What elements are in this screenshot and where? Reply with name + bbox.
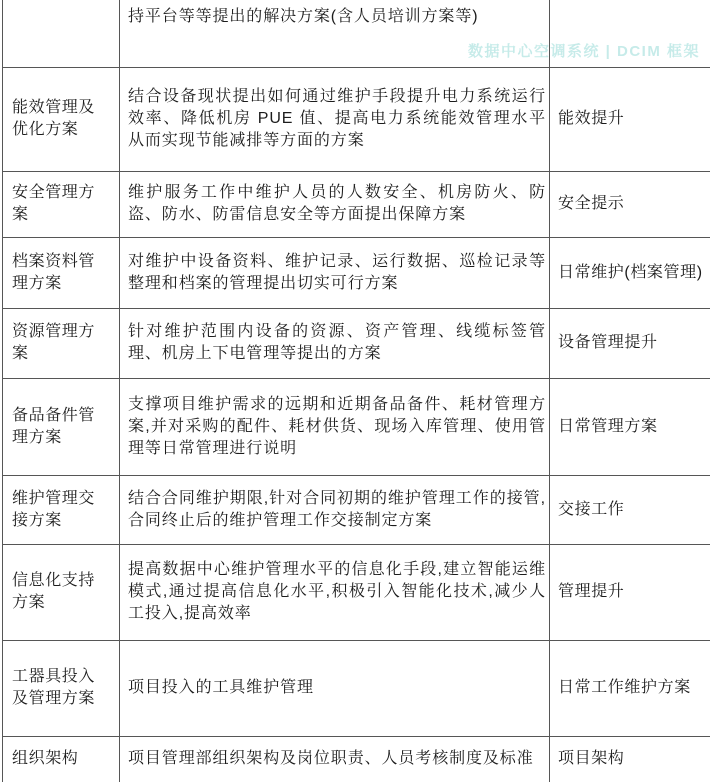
document-page: 数据中心空调系统 | DCIM 框架 持平台等等提出的解决方案(含人员培训方案等… [0, 0, 710, 782]
table-row: 能效管理及优化方案 结合设备现状提出如何通过维护手段提升电力系统运行效率、降低机… [3, 67, 710, 171]
table-row: 备品备件管理方案 支撑项目维护需求的远期和近期备品备件、耗材管理方案,并对采购的… [3, 378, 710, 475]
description-cell: 持平台等等提出的解决方案(含人员培训方案等) [120, 0, 550, 67]
category-cell: 资源管理方案 [3, 308, 120, 378]
table-row: 资源管理方案 针对维护范围内设备的资源、资产管理、线缆标签管理、机房上下电管理等… [3, 308, 710, 378]
description-cell: 维护服务工作中维护人员的人数安全、机房防火、防盗、防水、防雷信息安全等方面提出保… [120, 171, 550, 237]
tag-cell: 日常维护(档案管理) [550, 237, 710, 308]
category-cell: 能效管理及优化方案 [3, 67, 120, 171]
table-row: 档案资料管理方案 对维护中设备资料、维护记录、运行数据、巡检记录等整理和档案的管… [3, 237, 710, 308]
category-cell: 信息化支持方案 [3, 544, 120, 640]
category-cell: 档案资料管理方案 [3, 237, 120, 308]
description-cell: 针对维护范围内设备的资源、资产管理、线缆标签管理、机房上下电管理等提出的方案 [120, 308, 550, 378]
table-row: 安全管理方案 维护服务工作中维护人员的人数安全、机房防火、防盗、防水、防雷信息安… [3, 171, 710, 237]
description-cell: 项目投入的工具维护管理 [120, 640, 550, 736]
tag-cell: 能效提升 [550, 67, 710, 171]
tag-cell: 日常工作维护方案 [550, 640, 710, 736]
table-row: 组织架构 项目管理部组织架构及岗位职责、人员考核制度及标准 项目架构 [3, 736, 710, 782]
tag-cell: 设备管理提升 [550, 308, 710, 378]
description-cell: 对维护中设备资料、维护记录、运行数据、巡检记录等整理和档案的管理提出切实可行方案 [120, 237, 550, 308]
category-cell [3, 0, 120, 67]
tag-cell: 管理提升 [550, 544, 710, 640]
description-cell: 支撑项目维护需求的远期和近期备品备件、耗材管理方案,并对采购的配件、耗材供货、现… [120, 378, 550, 475]
maintenance-plan-table: 持平台等等提出的解决方案(含人员培训方案等) 能效管理及优化方案 结合设备现状提… [2, 0, 710, 782]
description-cell: 项目管理部组织架构及岗位职责、人员考核制度及标准 [120, 736, 550, 782]
table-row: 维护管理交接方案 结合合同维护期限,针对合同初期的维护管理工作的接管,合同终止后… [3, 475, 710, 544]
description-cell: 结合设备现状提出如何通过维护手段提升电力系统运行效率、降低机房 PUE 值、提高… [120, 67, 550, 171]
table-row: 信息化支持方案 提高数据中心维护管理水平的信息化手段,建立智能运维模式,通过提高… [3, 544, 710, 640]
category-cell: 维护管理交接方案 [3, 475, 120, 544]
table-row: 持平台等等提出的解决方案(含人员培训方案等) [3, 0, 710, 67]
tag-cell: 安全提示 [550, 171, 710, 237]
category-cell: 组织架构 [3, 736, 120, 782]
tag-cell [550, 0, 710, 67]
tag-cell: 日常管理方案 [550, 378, 710, 475]
category-cell: 工器具投入及管理方案 [3, 640, 120, 736]
category-cell: 安全管理方案 [3, 171, 120, 237]
tag-cell: 项目架构 [550, 736, 710, 782]
description-cell: 结合合同维护期限,针对合同初期的维护管理工作的接管,合同终止后的维护管理工作交接… [120, 475, 550, 544]
category-cell: 备品备件管理方案 [3, 378, 120, 475]
tag-cell: 交接工作 [550, 475, 710, 544]
description-cell: 提高数据中心维护管理水平的信息化手段,建立智能运维模式,通过提高信息化水平,积极… [120, 544, 550, 640]
table-row: 工器具投入及管理方案 项目投入的工具维护管理 日常工作维护方案 [3, 640, 710, 736]
